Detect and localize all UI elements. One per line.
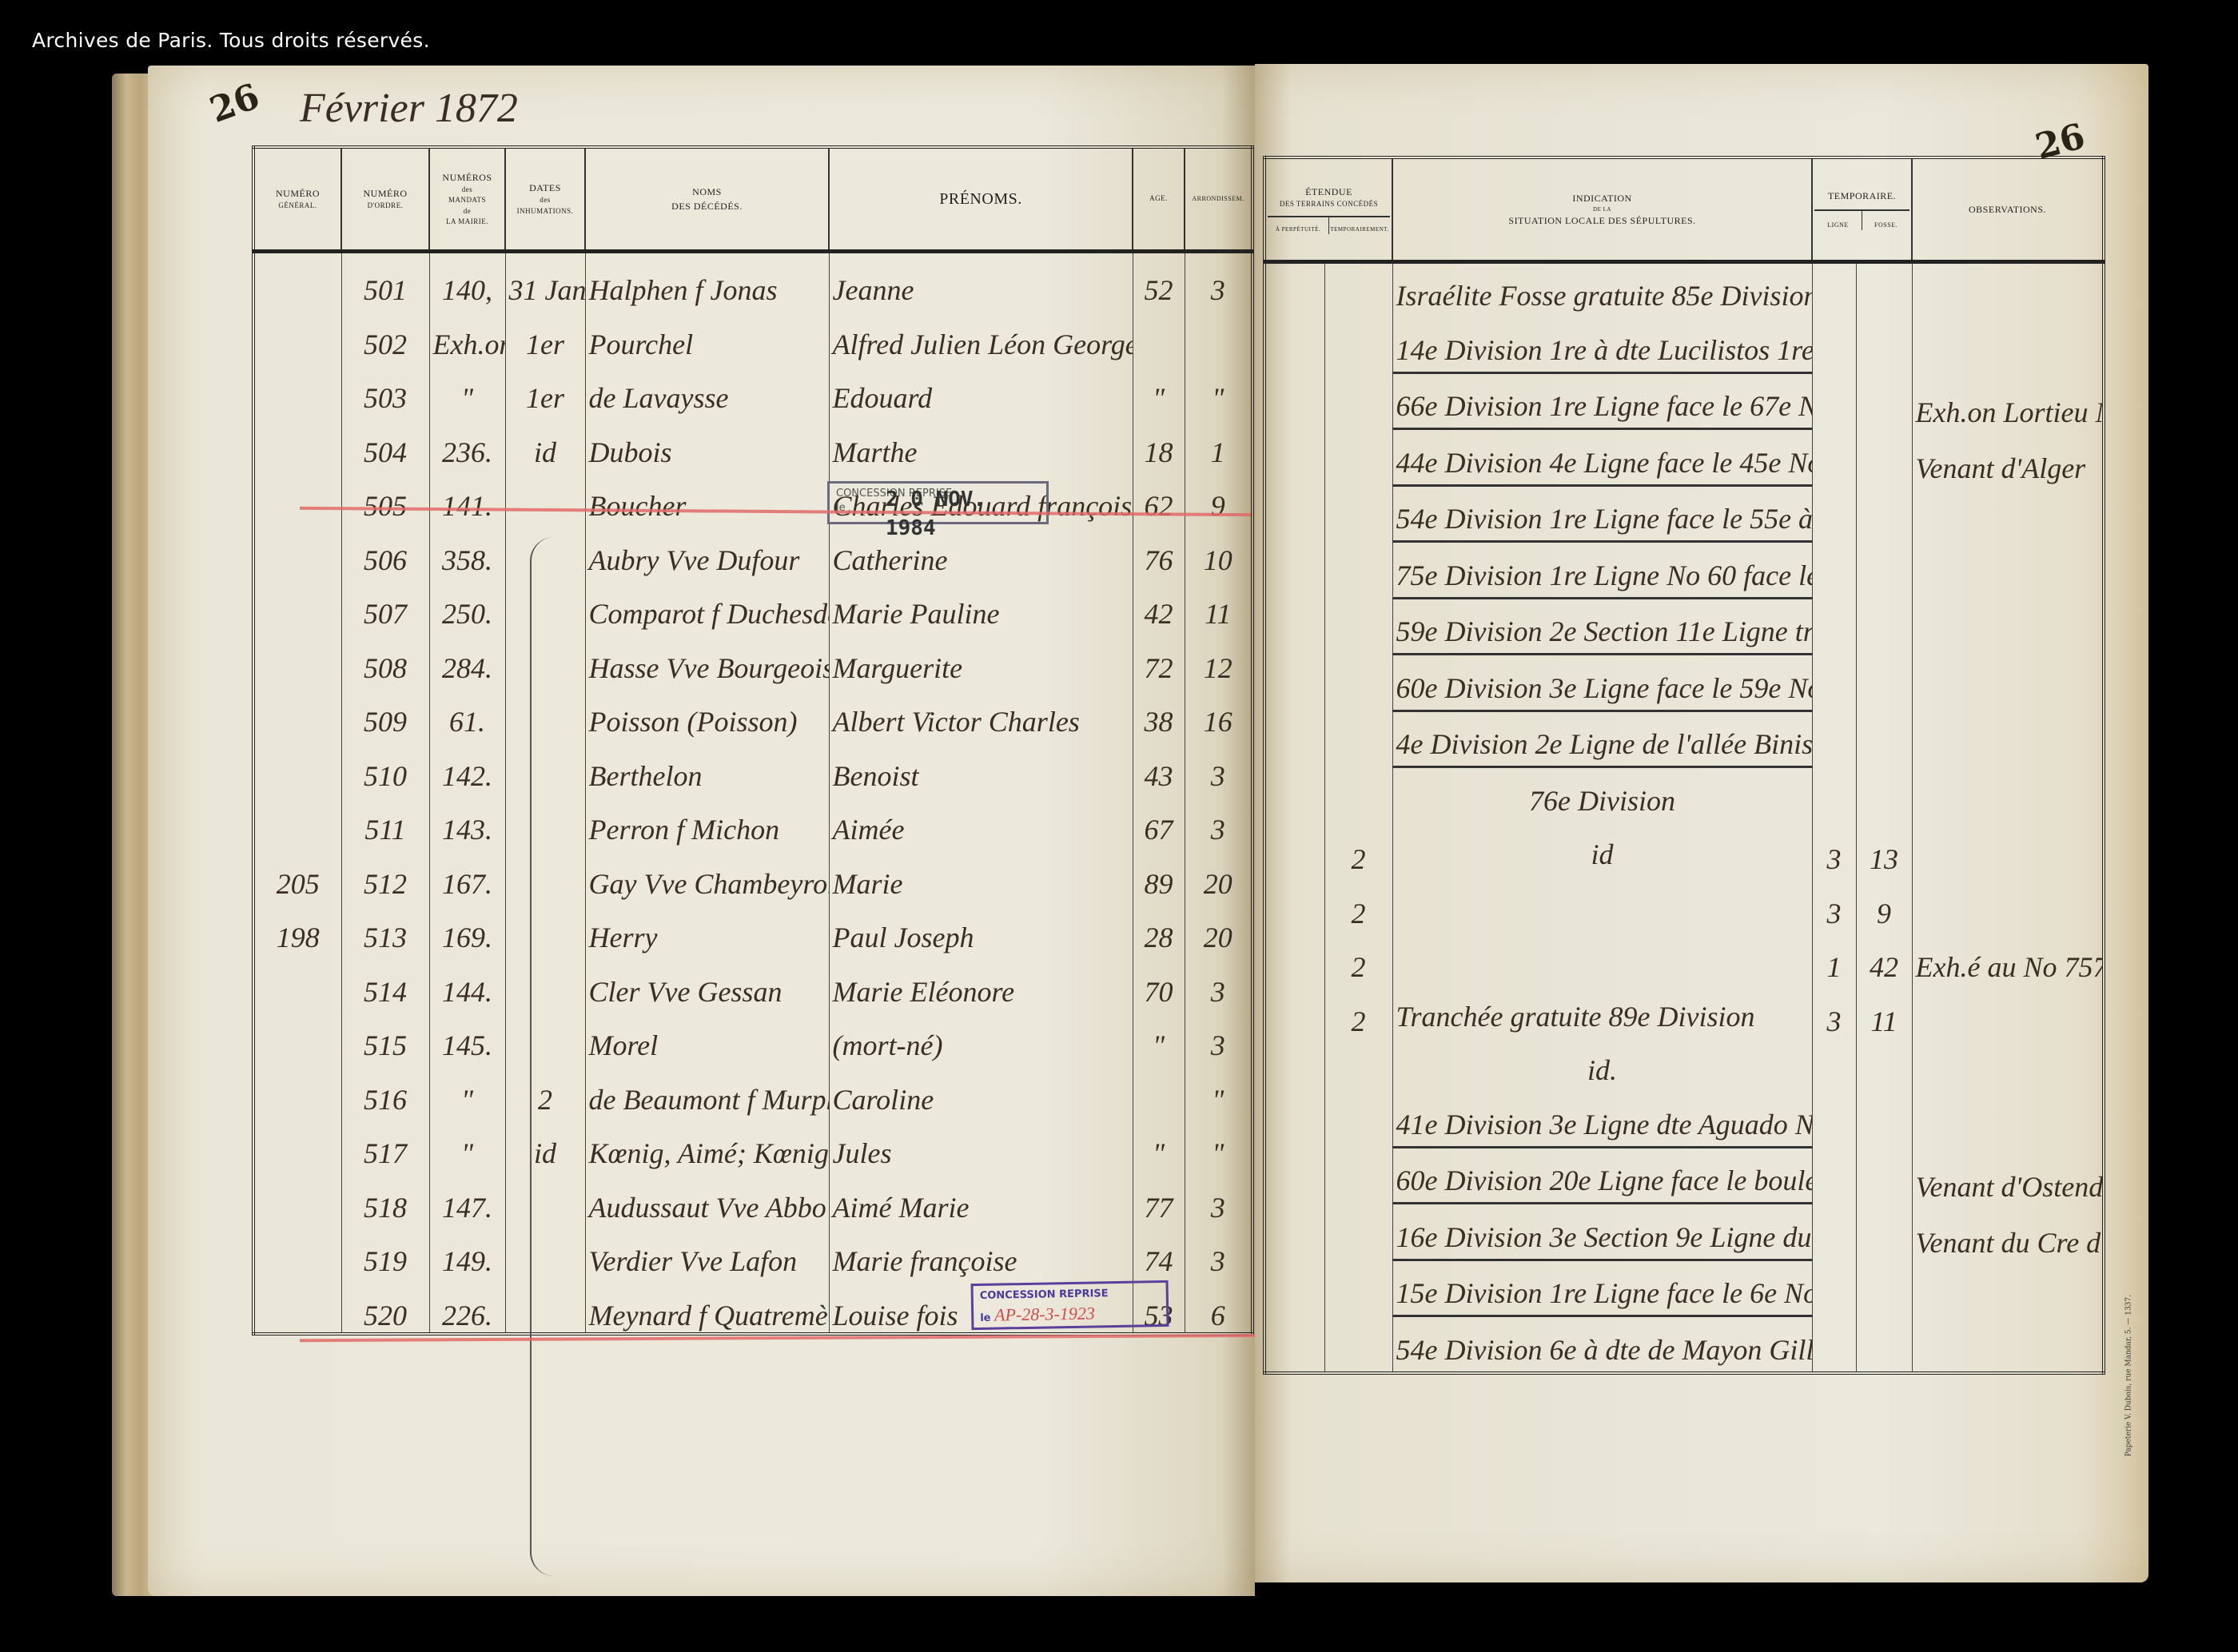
arrondissement-cell: " bbox=[1185, 1117, 1252, 1171]
perpetuite-cell bbox=[1264, 1316, 1324, 1373]
ligne-cell bbox=[1812, 542, 1856, 599]
numero-general-cell bbox=[253, 793, 341, 847]
ligne-cell bbox=[1812, 1260, 1856, 1316]
numero-ordre-cell: 519 bbox=[341, 1224, 429, 1279]
register-entry-row: 517"idKœnig, Aimé; KœnigJules"" bbox=[253, 1117, 1252, 1171]
location-entry-row: 2142Exh.é au No 757 même registre bbox=[1264, 930, 2104, 985]
perpetuite-cell bbox=[1264, 767, 1324, 822]
age-cell: 38 bbox=[1133, 685, 1185, 739]
fosse-cell: 13 bbox=[1856, 822, 1912, 877]
ligne-cell: 1 bbox=[1812, 930, 1856, 985]
header-age: AGE. bbox=[1133, 147, 1185, 251]
observations-cell bbox=[1912, 767, 2104, 822]
month-heading: Février 1872 bbox=[300, 85, 518, 132]
inhumation-date-cell: id bbox=[505, 415, 585, 469]
register-entry-row: 507250.Comparot f DuchesdelavilleMarie P… bbox=[253, 577, 1252, 631]
ligne-cell bbox=[1812, 711, 1856, 767]
indication-cell: Tranchée gratuite 89e Division bbox=[1392, 984, 1812, 1038]
arrondissement-cell: 1 bbox=[1185, 415, 1252, 469]
deceased-name-cell: Gay Vve Chambeyron bbox=[585, 846, 829, 901]
fosse-cell: 9 bbox=[1856, 876, 1912, 930]
fosse-cell bbox=[1856, 1204, 1912, 1260]
perpetuite-cell bbox=[1264, 317, 1324, 372]
open-register-book: 26 Février 1872 NUMÉROGÉNÉRAL. NUMÉROD'O… bbox=[112, 50, 2150, 1608]
observations-cell bbox=[1912, 261, 2104, 317]
mandat-number-cell: 149. bbox=[429, 1224, 505, 1279]
arrondissement-cell: 3 bbox=[1185, 1009, 1252, 1063]
header-perpetuite: À PERPÉTUITÉ. bbox=[1268, 217, 1329, 234]
location-entry-row: 2Tranchée gratuite 89e Division311 bbox=[1264, 984, 2104, 1038]
numero-ordre-cell: 517 bbox=[341, 1117, 429, 1171]
mandat-number-cell: 250. bbox=[429, 577, 505, 631]
indication-cell: 14e Division 1re à dte Lucilistos 1re à … bbox=[1392, 317, 1812, 372]
table-header-row: NUMÉROGÉNÉRAL. NUMÉROD'ORDRE. NUMÉROSdes… bbox=[253, 147, 1252, 251]
numero-general-cell: 198 bbox=[253, 901, 341, 955]
observations-cell bbox=[1912, 876, 2104, 930]
ligne-cell bbox=[1812, 1147, 1856, 1204]
mandat-number-cell: 141. bbox=[429, 469, 505, 523]
age-cell: 42 bbox=[1133, 577, 1185, 631]
indication-cell: 54e Division 6e à dte de Mayon Gillet, 4… bbox=[1392, 1316, 1812, 1373]
temporairement-cell: 2 bbox=[1324, 876, 1392, 930]
observations-cell bbox=[1912, 598, 2104, 655]
numero-general-cell bbox=[253, 685, 341, 739]
observations-cell bbox=[1912, 1038, 2104, 1093]
age-cell bbox=[1133, 1062, 1185, 1117]
observations-cell bbox=[1912, 822, 2104, 877]
numero-ordre-cell: 504 bbox=[341, 415, 429, 469]
indication-cell: 54e Division 1re Ligne face le 55e à g. … bbox=[1392, 485, 1812, 542]
left-page-number: 26 bbox=[205, 76, 265, 131]
age-cell: " bbox=[1133, 1009, 1185, 1063]
numero-general-cell: 205 bbox=[253, 846, 341, 901]
indication-cell: 66e Division 1re Ligne face le 67e No 29… bbox=[1392, 372, 1812, 429]
age-cell: 67 bbox=[1133, 793, 1185, 847]
arrondissement-cell: 20 bbox=[1185, 901, 1252, 955]
ligne-cell: 3 bbox=[1812, 876, 1856, 930]
location-entry-row: 66e Division 1re Ligne face le 67e No 29… bbox=[1264, 372, 2104, 429]
register-entry-row: 504236.idDuboisMarthe181 bbox=[253, 415, 1252, 469]
indication-cell bbox=[1392, 876, 1812, 930]
arrondissement-cell: 20 bbox=[1185, 846, 1252, 901]
indication-cell bbox=[1392, 930, 1812, 985]
location-entry-row: 54e Division 1re Ligne face le 55e à g. … bbox=[1264, 485, 2104, 542]
register-entry-row: 511143.Perron f MichonAimée673 bbox=[253, 793, 1252, 847]
table-header-row: ÉTENDUE DES TERRAINS CONCÉDÉS À PERPÉTUI… bbox=[1264, 157, 2104, 261]
indication-cell: 75e Division 1re Ligne No 60 face le 52e… bbox=[1392, 542, 1812, 599]
fosse-cell bbox=[1856, 485, 1912, 542]
age-cell: 89 bbox=[1133, 846, 1185, 901]
deceased-name-cell: Berthelon bbox=[585, 738, 829, 793]
header-observations: OBSERVATIONS. bbox=[1912, 157, 2104, 261]
inhumation-date-cell: 31 Janvier bbox=[505, 251, 585, 307]
numero-ordre-cell: 509 bbox=[341, 685, 429, 739]
mandat-number-cell: 145. bbox=[429, 1009, 505, 1063]
mandat-number-cell: " bbox=[429, 1062, 505, 1117]
numero-general-cell bbox=[253, 361, 341, 416]
register-entry-row: 506358.Aubry Vve DufourCatherine7610 bbox=[253, 523, 1252, 577]
deceased-name-cell: Audussaut Vve Abbo bbox=[585, 1170, 829, 1224]
numero-ordre-cell: 511 bbox=[341, 793, 429, 847]
stamp-date: AP-28-3-1923 bbox=[994, 1304, 1095, 1325]
ligne-cell: 3 bbox=[1812, 984, 1856, 1038]
register-entry-row: 50961.Poisson (Poisson)Albert Victor Cha… bbox=[253, 685, 1252, 739]
numero-ordre-cell: 507 bbox=[341, 577, 429, 631]
location-entry-row: 60e Division 3e Ligne face le 59e No 65 … bbox=[1264, 655, 2104, 711]
first-names-cell: Aimé Marie bbox=[829, 1170, 1133, 1224]
numero-ordre-cell: 508 bbox=[341, 631, 429, 685]
arrondissement-cell: 6 bbox=[1185, 1278, 1252, 1334]
age-cell: 43 bbox=[1133, 738, 1185, 793]
temporairement-cell bbox=[1324, 655, 1392, 711]
first-names-cell: Aimée bbox=[829, 793, 1133, 847]
perpetuite-cell bbox=[1264, 930, 1324, 985]
indication-cell: 59e Division 2e Section 11e Ligne transv… bbox=[1392, 598, 1812, 655]
arrondissement-cell: 3 bbox=[1185, 251, 1252, 307]
fosse-cell bbox=[1856, 1316, 1912, 1373]
register-entry-row: 514144.Cler Vve GessanMarie Eléonore703 bbox=[253, 954, 1252, 1009]
ligne-cell bbox=[1812, 767, 1856, 822]
fosse-cell bbox=[1856, 429, 1912, 486]
location-entry-row: 15e Division 1re Ligne face le 6e No 23,… bbox=[1264, 1260, 2104, 1316]
inhumation-date-cell: 1er bbox=[505, 307, 585, 361]
numero-general-cell bbox=[253, 1224, 341, 1279]
fosse-cell bbox=[1856, 767, 1912, 822]
numero-ordre-cell: 518 bbox=[341, 1170, 429, 1224]
register-entry-row: 516"2de Beaumont f MurphyCaroline" bbox=[253, 1062, 1252, 1117]
first-names-cell: Alfred Julien Léon Georges bbox=[829, 307, 1133, 361]
first-names-cell: Jeanne bbox=[829, 251, 1133, 307]
perpetuite-cell bbox=[1264, 372, 1324, 429]
concession-reprise-stamp-1923: CONCESSION REPRISE le AP-28-3-1923 bbox=[971, 1280, 1169, 1330]
age-cell: " bbox=[1133, 361, 1185, 416]
indication-cell: id. bbox=[1392, 1038, 1812, 1093]
copyright-watermark: Archives de Paris. Tous droits réservés. bbox=[32, 29, 430, 52]
temporairement-cell bbox=[1324, 429, 1392, 486]
mandat-number-cell: 358. bbox=[429, 523, 505, 577]
location-entry-row: 75e Division 1re Ligne No 60 face le 52e… bbox=[1264, 542, 2104, 599]
observations-cell: Venant d'Alger bbox=[1912, 429, 2104, 486]
arrondissement-cell: 12 bbox=[1185, 631, 1252, 685]
observations-cell bbox=[1912, 485, 2104, 542]
temporairement-cell bbox=[1324, 1092, 1392, 1147]
location-entry-row: 44e Division 4e Ligne face le 45e No 24 … bbox=[1264, 429, 2104, 486]
temporairement-cell bbox=[1324, 317, 1392, 372]
age-cell: 70 bbox=[1133, 954, 1185, 1009]
register-entry-row: 198513169.HerryPaul Joseph2820 bbox=[253, 901, 1252, 955]
age-cell: 72 bbox=[1133, 631, 1185, 685]
numero-ordre-cell: 512 bbox=[341, 846, 429, 901]
location-entry-row: Israélite Fosse gratuite 85e Division 7e… bbox=[1264, 261, 2104, 317]
perpetuite-cell bbox=[1264, 429, 1324, 486]
arrondissement-cell: 3 bbox=[1185, 1224, 1252, 1279]
numero-ordre-cell: 506 bbox=[341, 523, 429, 577]
temporairement-cell bbox=[1324, 1147, 1392, 1204]
observations-cell bbox=[1912, 542, 2104, 599]
temporairement-cell bbox=[1324, 542, 1392, 599]
deceased-name-cell: Dubois bbox=[585, 415, 829, 469]
indication-cell: 76e Division bbox=[1392, 767, 1812, 822]
numero-ordre-cell: 501 bbox=[341, 251, 429, 307]
indication-cell: Israélite Fosse gratuite 85e Division 7e… bbox=[1392, 261, 1812, 317]
numero-ordre-cell: 515 bbox=[341, 1009, 429, 1063]
mandat-number-cell: 226. bbox=[429, 1278, 505, 1334]
deceased-name-cell: Pourchel bbox=[585, 307, 829, 361]
numero-ordre-cell: 505 bbox=[341, 469, 429, 523]
header-arrondissement: ARRONDISSEM. bbox=[1185, 147, 1252, 251]
arrondissement-cell: 3 bbox=[1185, 954, 1252, 1009]
age-cell: 76 bbox=[1133, 523, 1185, 577]
fosse-cell bbox=[1856, 655, 1912, 711]
header-dates-inhumations: DATESdesINHUMATIONS. bbox=[505, 147, 585, 251]
indication-cell: 15e Division 1re Ligne face le 6e No 23,… bbox=[1392, 1260, 1812, 1316]
ligne-cell: 3 bbox=[1812, 822, 1856, 877]
location-entry-row: 60e Division 20e Ligne face le boulevard… bbox=[1264, 1147, 2104, 1204]
indication-cell: 16e Division 3e Section 9e Ligne du chem… bbox=[1392, 1204, 1812, 1260]
arrondissement-cell: 3 bbox=[1185, 738, 1252, 793]
arrondissement-cell: 10 bbox=[1185, 523, 1252, 577]
first-names-cell: Marie bbox=[829, 846, 1133, 901]
burial-register-table: NUMÉROGÉNÉRAL. NUMÉROD'ORDRE. NUMÉROSdes… bbox=[252, 145, 1254, 1336]
location-entry-row: 16e Division 3e Section 9e Ligne du chem… bbox=[1264, 1204, 2104, 1260]
numero-ordre-cell: 502 bbox=[341, 307, 429, 361]
arrondissement-cell: " bbox=[1185, 1062, 1252, 1117]
location-entry-row: 41e Division 3e Ligne dte Aguado No 10 à… bbox=[1264, 1092, 2104, 1147]
age-cell: " bbox=[1133, 1117, 1185, 1171]
mandat-number-cell: 236. bbox=[429, 415, 505, 469]
age-cell bbox=[1133, 307, 1185, 361]
deceased-name-cell: Aubry Vve Dufour bbox=[585, 523, 829, 577]
temporairement-cell bbox=[1324, 485, 1392, 542]
header-prenoms: PRÉNOMS. bbox=[829, 147, 1133, 251]
fosse-cell: 11 bbox=[1856, 984, 1912, 1038]
fosse-cell bbox=[1856, 1260, 1912, 1316]
register-entry-row: 519149.Verdier Vve LafonMarie françoise7… bbox=[253, 1224, 1252, 1279]
temporairement-cell: 2 bbox=[1324, 984, 1392, 1038]
numero-general-cell bbox=[253, 469, 341, 523]
location-entry-row: 2id313 bbox=[1264, 822, 2104, 877]
perpetuite-cell bbox=[1264, 984, 1324, 1038]
location-entry-row: 76e Division bbox=[1264, 767, 2104, 822]
register-entry-row: 508284.Hasse Vve BourgeoisMarguerite7212 bbox=[253, 631, 1252, 685]
deceased-name-cell: Boucher bbox=[585, 469, 829, 523]
fosse-cell bbox=[1856, 1038, 1912, 1093]
deceased-name-cell: Poisson (Poisson) bbox=[585, 685, 829, 739]
register-entry-row: 518147.Audussaut Vve AbboAimé Marie773 bbox=[253, 1170, 1252, 1224]
observations-cell: Venant du Cre du Nord. bbox=[1912, 1204, 2104, 1260]
ligne-cell bbox=[1812, 261, 1856, 317]
numero-general-cell bbox=[253, 251, 341, 307]
register-entry-row: 503"1erde LavaysseEdouard"" bbox=[253, 361, 1252, 416]
numero-general-cell bbox=[253, 1062, 341, 1117]
temporairement-cell bbox=[1324, 1316, 1392, 1373]
first-names-cell: Jules bbox=[829, 1117, 1133, 1171]
numero-ordre-cell: 503 bbox=[341, 361, 429, 416]
mandat-number-cell: 144. bbox=[429, 954, 505, 1009]
temporairement-cell bbox=[1324, 598, 1392, 655]
perpetuite-cell bbox=[1264, 1147, 1324, 1204]
register-entry-row: 515145.Morel(mort-né)"3 bbox=[253, 1009, 1252, 1063]
location-entry-row: id. bbox=[1264, 1038, 2104, 1093]
temporairement-cell: 2 bbox=[1324, 822, 1392, 877]
deceased-name-cell: Comparot f Duchesdelaville bbox=[585, 577, 829, 631]
observations-cell bbox=[1912, 984, 2104, 1038]
indication-cell: 4e Division 2e Ligne de l'allée Binis 11… bbox=[1392, 711, 1812, 767]
deceased-name-cell: Halphen f Jonas bbox=[585, 251, 829, 307]
arrondissement-cell: " bbox=[1185, 361, 1252, 416]
perpetuite-cell bbox=[1264, 1038, 1324, 1093]
ligne-cell bbox=[1812, 1038, 1856, 1093]
header-numero-ordre: NUMÉROD'ORDRE. bbox=[341, 147, 429, 251]
fosse-cell bbox=[1856, 317, 1912, 372]
numero-ordre-cell: 510 bbox=[341, 738, 429, 793]
observations-cell: Exh.on Lortieu No 341,778 bbox=[1912, 372, 2104, 429]
concession-reprise-stamp-1984: CONCESSION REPRISE le 2 0 NOV. 1984 bbox=[827, 481, 1049, 524]
header-temporaire: TEMPORAIRE. LIGNE FOSSE. bbox=[1812, 157, 1912, 261]
perpetuite-cell bbox=[1264, 1092, 1324, 1147]
fosse-cell bbox=[1856, 1092, 1912, 1147]
mandat-number-cell: 140, bbox=[429, 251, 505, 307]
ligne-cell bbox=[1812, 429, 1856, 486]
arrondissement-cell: 16 bbox=[1185, 685, 1252, 739]
numero-general-cell bbox=[253, 1170, 341, 1224]
header-numero-general: NUMÉROGÉNÉRAL. bbox=[253, 147, 341, 251]
perpetuite-cell bbox=[1264, 598, 1324, 655]
arrondissement-cell bbox=[1185, 307, 1252, 361]
temporairement-cell bbox=[1324, 711, 1392, 767]
perpetuite-cell bbox=[1264, 711, 1324, 767]
temporairement-cell bbox=[1324, 1038, 1392, 1093]
observations-cell bbox=[1912, 1316, 2104, 1373]
deceased-name-cell: Herry bbox=[585, 901, 829, 955]
mandat-number-cell: " bbox=[429, 1117, 505, 1171]
observations-cell: Exh.é au No 757 même registre bbox=[1912, 930, 2104, 985]
numero-general-cell bbox=[253, 577, 341, 631]
ligne-cell bbox=[1812, 598, 1856, 655]
perpetuite-cell bbox=[1264, 1204, 1324, 1260]
header-fosse: FOSSE. bbox=[1862, 211, 1909, 230]
mandat-number-cell: 61. bbox=[429, 685, 505, 739]
header-etendue-terrains: ÉTENDUE DES TERRAINS CONCÉDÉS À PERPÉTUI… bbox=[1264, 157, 1392, 261]
deceased-name-cell: de Lavaysse bbox=[585, 361, 829, 416]
numero-general-cell bbox=[253, 631, 341, 685]
age-cell: 28 bbox=[1133, 901, 1185, 955]
perpetuite-cell bbox=[1264, 485, 1324, 542]
mandat-number-cell: Exh.on du bbox=[429, 307, 505, 361]
ligne-cell bbox=[1812, 1204, 1856, 1260]
fosse-cell bbox=[1856, 542, 1912, 599]
fosse-cell bbox=[1856, 711, 1912, 767]
first-names-cell: Marie Eléonore bbox=[829, 954, 1133, 1009]
perpetuite-cell bbox=[1264, 261, 1324, 317]
mandat-number-cell: " bbox=[429, 361, 505, 416]
deceased-name-cell: Verdier Vve Lafon bbox=[585, 1224, 829, 1279]
perpetuite-cell bbox=[1264, 822, 1324, 877]
register-entry-row: 502Exh.on du1erPourchelAlfred Julien Léo… bbox=[253, 307, 1252, 361]
observations-cell bbox=[1912, 317, 2104, 372]
location-entry-row: 59e Division 2e Section 11e Ligne transv… bbox=[1264, 598, 2104, 655]
indication-cell: 60e Division 20e Ligne face le boulevard… bbox=[1392, 1147, 1812, 1204]
ligne-cell bbox=[1812, 372, 1856, 429]
numero-general-cell bbox=[253, 1117, 341, 1171]
observations-cell bbox=[1912, 1092, 2104, 1147]
first-names-cell: Marthe bbox=[829, 415, 1133, 469]
deceased-name-cell: Morel bbox=[585, 1009, 829, 1063]
right-page: 26 ÉTENDUE DES TERRAINS CONCÉDÉS À PERPÉ… bbox=[1255, 64, 2148, 1582]
header-noms: NOMSDES DÉCÉDÉS. bbox=[585, 147, 829, 251]
temporairement-cell bbox=[1324, 261, 1392, 317]
temporairement-cell: 2 bbox=[1324, 930, 1392, 985]
numero-ordre-cell: 520 bbox=[341, 1278, 429, 1334]
age-cell: 77 bbox=[1133, 1170, 1185, 1224]
perpetuite-cell bbox=[1264, 542, 1324, 599]
arrondissement-cell: 3 bbox=[1185, 1170, 1252, 1224]
fosse-cell: 42 bbox=[1856, 930, 1912, 985]
register-entry-row: 205512167.Gay Vve ChambeyronMarie8920 bbox=[253, 846, 1252, 901]
perpetuite-cell bbox=[1264, 1260, 1324, 1316]
ligne-cell bbox=[1812, 1092, 1856, 1147]
temporairement-cell bbox=[1324, 1204, 1392, 1260]
ligne-cell bbox=[1812, 485, 1856, 542]
numero-general-cell bbox=[253, 1009, 341, 1063]
numero-general-cell bbox=[253, 1278, 341, 1334]
deceased-name-cell: Meynard f Quatremère bbox=[585, 1278, 829, 1334]
first-names-cell: Marguerite bbox=[829, 631, 1133, 685]
temporairement-cell bbox=[1324, 1260, 1392, 1316]
first-names-cell: Edouard bbox=[829, 361, 1133, 416]
temporairement-cell bbox=[1324, 767, 1392, 822]
ligne-cell bbox=[1812, 317, 1856, 372]
printer-imprint: Papeterie V. Dubois, rue Mandar, 5. — 13… bbox=[2125, 1295, 2132, 1456]
perpetuite-cell bbox=[1264, 655, 1324, 711]
mandat-number-cell: 143. bbox=[429, 793, 505, 847]
mandat-number-cell: 142. bbox=[429, 738, 505, 793]
first-names-cell: Caroline bbox=[829, 1062, 1133, 1117]
burial-location-table: ÉTENDUE DES TERRAINS CONCÉDÉS À PERPÉTUI… bbox=[1263, 156, 2105, 1375]
deceased-name-cell: Cler Vve Gessan bbox=[585, 954, 829, 1009]
deceased-name-cell: Hasse Vve Bourgeois bbox=[585, 631, 829, 685]
perpetuite-cell bbox=[1264, 876, 1324, 930]
mandat-number-cell: 147. bbox=[429, 1170, 505, 1224]
header-numeros-mandats: NUMÉROSdesMANDATSdeLA MAIRIE. bbox=[429, 147, 505, 251]
ditto-brace-mark bbox=[530, 537, 556, 1576]
first-names-cell: Benoist bbox=[829, 738, 1133, 793]
left-page: 26 Février 1872 NUMÉROGÉNÉRAL. NUMÉROD'O… bbox=[148, 66, 1255, 1596]
indication-cell: id bbox=[1392, 822, 1812, 877]
numero-general-cell bbox=[253, 307, 341, 361]
deceased-name-cell: Perron f Michon bbox=[585, 793, 829, 847]
inhumation-date-cell bbox=[505, 469, 585, 523]
header-temporairement: TEMPORAIREMENT. bbox=[1329, 217, 1390, 234]
arrondissement-cell: 3 bbox=[1185, 793, 1252, 847]
deceased-name-cell: de Beaumont f Murphy bbox=[585, 1062, 829, 1117]
location-entry-row: 239 bbox=[1264, 876, 2104, 930]
register-entry-row: 510142.BerthelonBenoist433 bbox=[253, 738, 1252, 793]
observations-cell bbox=[1912, 655, 2104, 711]
inhumation-date-cell: 1er bbox=[505, 361, 585, 416]
numero-general-cell bbox=[253, 523, 341, 577]
observations-cell: Venant d'Ostende. bbox=[1912, 1147, 2104, 1204]
fosse-cell bbox=[1856, 261, 1912, 317]
ligne-cell bbox=[1812, 655, 1856, 711]
mandat-number-cell: 167. bbox=[429, 846, 505, 901]
numero-ordre-cell: 516 bbox=[341, 1062, 429, 1117]
observations-cell bbox=[1912, 1260, 2104, 1316]
indication-cell: 44e Division 4e Ligne face le 45e No 24 … bbox=[1392, 429, 1812, 486]
age-cell: 52 bbox=[1133, 251, 1185, 307]
location-entry-row: 4e Division 2e Ligne de l'allée Binis 11… bbox=[1264, 711, 2104, 767]
age-cell: 74 bbox=[1133, 1224, 1185, 1279]
